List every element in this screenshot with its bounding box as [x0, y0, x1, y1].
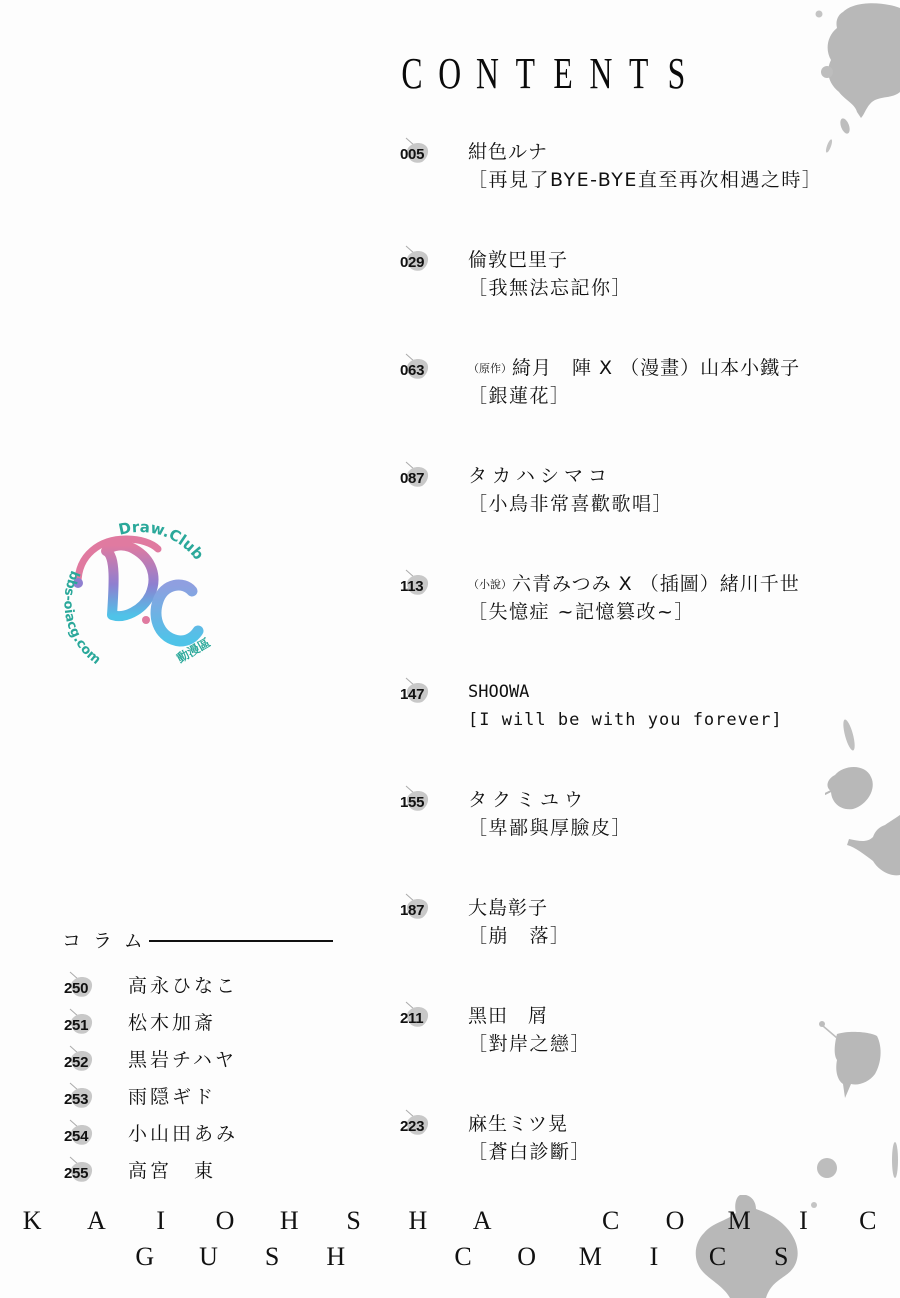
page-badge: 255: [62, 1161, 104, 1187]
toc-entry[interactable]: 187 大島彰子 ［崩 落］: [398, 896, 858, 966]
entry-author: タカハシマコ: [468, 464, 612, 488]
column-entry[interactable]: 253 雨隠ギド: [62, 1085, 322, 1115]
page-number: 005: [400, 146, 424, 163]
title-letter: N: [469, 48, 507, 100]
footer-letter: O: [495, 1242, 559, 1272]
page-number: 250: [64, 980, 88, 997]
column-author: 雨隠ギド: [128, 1085, 216, 1109]
footer-letter: G: [113, 1242, 177, 1272]
entry-author: 黑田 屑: [468, 1004, 548, 1028]
page-badge: 187: [398, 898, 440, 924]
footer-letter: [368, 1242, 432, 1272]
entry-author: （原作）綺月 陣 X （漫畫）山本小鐵子: [468, 356, 800, 381]
publisher-line-gush-comics: G U S H C O M I C S: [113, 1242, 813, 1272]
entry-author: （小說）六青みつみ X （插圖）緒川千世: [468, 572, 800, 597]
publisher-line-kaiohsha-comics: K A I O H S H A C O M I C: [0, 1206, 900, 1236]
entry-title: [I will be with you forever]: [468, 708, 783, 732]
column-author: 小山田あみ: [128, 1122, 238, 1146]
page-badge: 005: [398, 142, 440, 168]
page-badge: 253: [62, 1087, 104, 1113]
title-letter: N: [582, 48, 620, 100]
title-letter: S: [658, 48, 696, 100]
entry-title: ［失憶症 ~記憶篡改~］: [468, 600, 695, 624]
footer-letter: H: [386, 1206, 450, 1236]
footer-letter: I: [129, 1206, 193, 1236]
page-number: 029: [400, 254, 424, 271]
footer-letter: S: [321, 1206, 385, 1236]
column-header-rule: [149, 940, 333, 942]
footer-letter: M: [707, 1206, 771, 1236]
column-entry[interactable]: 255 高宮 東: [62, 1159, 322, 1189]
entry-title: ［小鳥非常喜歡歌唱］: [468, 492, 673, 516]
entry-author: 倫敦巴里子: [468, 248, 568, 272]
page-badge: 223: [398, 1114, 440, 1140]
toc-entry[interactable]: 087 タカハシマコ ［小鳥非常喜歡歌唱］: [398, 464, 858, 534]
title-letter: O: [431, 48, 469, 100]
footer-letter: I: [771, 1206, 835, 1236]
page-badge: 155: [398, 790, 440, 816]
toc-page: C O N T E N T S 005 紺色ルナ ［再見了BYE-BYE直至再次…: [0, 0, 900, 1298]
footer-letter: I: [622, 1242, 686, 1272]
toc-entry[interactable]: 223 麻生ミツ晃 ［蒼白診斷］: [398, 1112, 858, 1182]
page-number: 251: [64, 1017, 88, 1034]
entry-title: ［銀蓮花］: [468, 384, 571, 408]
entry-author: タクミユウ: [468, 788, 588, 812]
page-number: 211: [400, 1010, 423, 1027]
entry-author: 麻生ミツ晃: [468, 1112, 568, 1136]
column-entry[interactable]: 250 高永ひなこ: [62, 974, 322, 1004]
entry-title: ［卑鄙與厚臉皮］: [468, 816, 632, 840]
toc-entry[interactable]: 113 （小說）六青みつみ X （插圖）緒川千世 ［失憶症 ~記憶篡改~］: [398, 572, 858, 642]
page-badge: 211: [398, 1006, 440, 1032]
footer-letter: C: [836, 1206, 900, 1236]
footer-letter: H: [257, 1206, 321, 1236]
footer-letter: M: [558, 1242, 622, 1272]
entry-author: 紺色ルナ: [468, 140, 548, 164]
page-badge: 063: [398, 358, 440, 384]
author-role-tag: （小說）: [468, 578, 512, 591]
footer-letter: O: [193, 1206, 257, 1236]
footer-letter: O: [643, 1206, 707, 1236]
page-badge: 087: [398, 466, 440, 492]
author-names: 六青みつみ X （插圖）緒川千世: [512, 573, 800, 595]
toc-entry[interactable]: 005 紺色ルナ ［再見了BYE-BYE直至再次相遇之時］: [398, 140, 858, 210]
page-number: 063: [400, 362, 424, 379]
column-author: 高永ひなこ: [128, 974, 238, 998]
footer-letter: U: [177, 1242, 241, 1272]
draw-club-watermark-logo: Draw.Club bbs-oiacg.com 動漫區: [60, 515, 230, 685]
page-badge: 029: [398, 250, 440, 276]
toc-entry[interactable]: 155 タクミユウ ［卑鄙與厚臉皮］: [398, 788, 858, 858]
contents-title: C O N T E N T S: [393, 48, 695, 100]
page-number: 087: [400, 470, 424, 487]
author-role-tag: （原作）: [468, 362, 512, 375]
column-header-label: コラム: [62, 928, 155, 954]
entry-author: SHOOWA: [468, 680, 529, 704]
footer-letter: K: [0, 1206, 64, 1236]
column-author: 高宮 東: [128, 1159, 216, 1183]
page-badge: 250: [62, 976, 104, 1002]
toc-entry[interactable]: 029 倫敦巴里子 ［我無法忘記你］: [398, 248, 858, 318]
footer-letter: A: [450, 1206, 514, 1236]
page-badge: 147: [398, 682, 440, 708]
entry-title: ［我無法忘記你］: [468, 276, 632, 300]
title-letter: C: [393, 48, 431, 100]
page-badge: 252: [62, 1050, 104, 1076]
footer-letter: S: [749, 1242, 813, 1272]
page-number: 147: [400, 686, 424, 703]
footer-letter: C: [686, 1242, 750, 1272]
column-section-header: コラム: [62, 928, 333, 954]
page-number: 253: [64, 1091, 88, 1108]
footer-letter: H: [304, 1242, 368, 1272]
page-badge: 251: [62, 1013, 104, 1039]
column-entry[interactable]: 251 松木加斎: [62, 1011, 322, 1041]
footer-letter: C: [431, 1242, 495, 1272]
column-author: 黒岩チハヤ: [128, 1048, 237, 1072]
toc-entry[interactable]: 147 SHOOWA [I will be with you forever]: [398, 680, 858, 750]
page-number: 113: [400, 578, 423, 595]
page-number: 155: [400, 794, 424, 811]
toc-entry[interactable]: 211 黑田 屑 ［對岸之戀］: [398, 1004, 858, 1074]
page-number: 223: [400, 1118, 424, 1135]
column-entry[interactable]: 254 小山田あみ: [62, 1122, 322, 1152]
column-entry[interactable]: 252 黒岩チハヤ: [62, 1048, 322, 1078]
title-letter: T: [506, 48, 544, 100]
footer-letter: A: [64, 1206, 128, 1236]
page-number: 187: [400, 902, 424, 919]
page-badge: 113: [398, 574, 440, 600]
page-number: 254: [64, 1128, 88, 1145]
page-badge: 254: [62, 1124, 104, 1150]
toc-entry[interactable]: 063 （原作）綺月 陣 X （漫畫）山本小鐵子 ［銀蓮花］: [398, 356, 858, 426]
footer-letter: [514, 1206, 578, 1236]
page-number: 255: [64, 1165, 88, 1182]
ink-splatter-top-right: [815, 0, 900, 160]
title-letter: T: [620, 48, 658, 100]
entry-title: ［蒼白診斷］: [468, 1140, 591, 1164]
page-number: 252: [64, 1054, 88, 1071]
footer-letter: C: [579, 1206, 643, 1236]
entry-title: ［再見了BYE-BYE直至再次相遇之時］: [468, 168, 822, 192]
footer-letter: S: [240, 1242, 304, 1272]
author-names: 綺月 陣 X （漫畫）山本小鐵子: [512, 357, 800, 379]
entry-author: 大島彰子: [468, 896, 548, 920]
entry-title: ［對岸之戀］: [468, 1032, 591, 1056]
title-letter: E: [544, 48, 582, 100]
column-author: 松木加斎: [128, 1011, 216, 1035]
entry-title: ［崩 落］: [468, 924, 571, 948]
